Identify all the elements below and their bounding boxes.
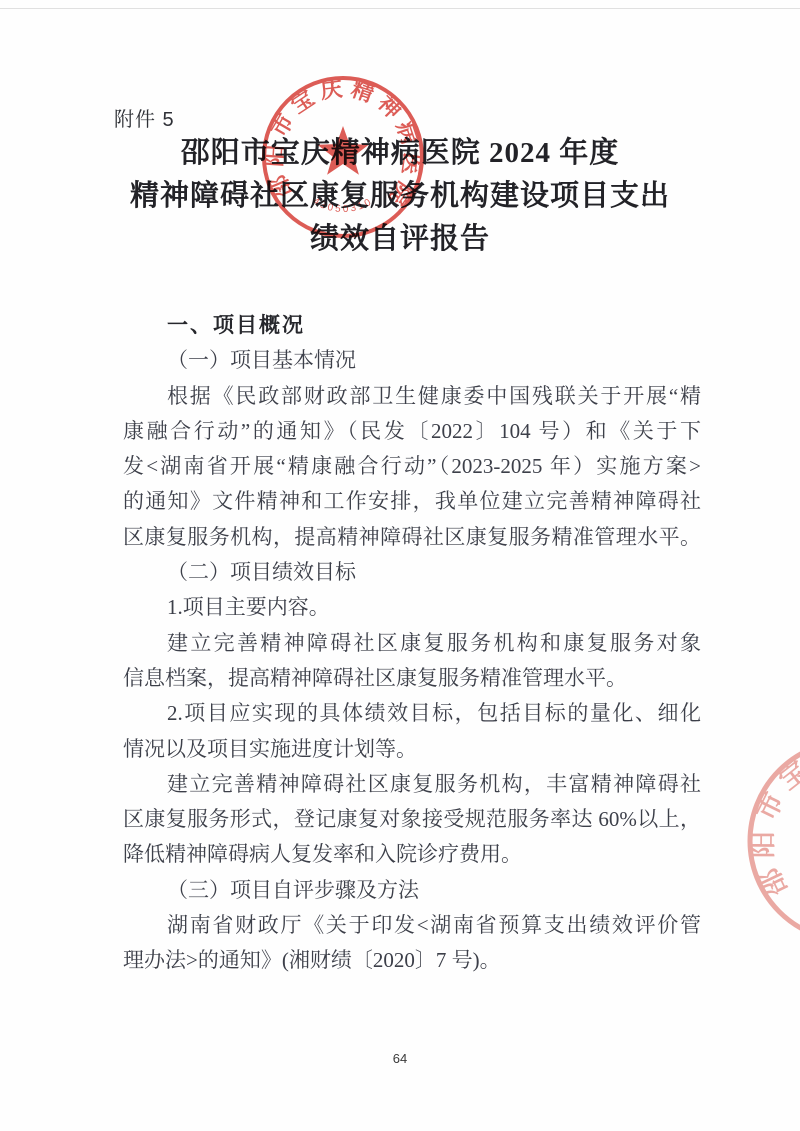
document-body: 一、项目概况（一）项目基本情况根据《民政部财政部卫生健康委中国残联关于开展“精康… [123, 308, 701, 979]
body-line: 发<湖南省开展“精康融合行动”（2023-2025 年）实施方案> [123, 449, 701, 484]
body-line: 区康复服务形式，登记康复对象接受规范服务率达 60%以上， [123, 802, 701, 837]
body-line: 建立完善精神障碍社区康复服务机构，丰富精神障碍社 [123, 767, 701, 802]
body-line: 建立完善精神障碍社区康复服务机构和康复服务对象 [123, 626, 701, 661]
body-line: 降低精神障碍病人复发率和入院诊疗费用。 [123, 837, 701, 872]
body-line: （三）项目自评步骤及方法 [123, 873, 701, 908]
body-line: （二）项目绩效目标 [123, 555, 701, 590]
official-seal-partial: 邵阳市宝庆精神病医院 [735, 726, 800, 956]
body-line: 根据《民政部财政部卫生健康委中国残联关于开展“精 [123, 379, 701, 414]
document-page: 附件 5 邵阳市宝庆精神病医院 2024 年度 精神障碍社区康复服务机构建设项目… [0, 0, 800, 1131]
body-line: 情况以及项目实施进度计划等。 [123, 732, 701, 767]
svg-text:43050310: 43050310 [311, 196, 375, 215]
body-line: 一、项目概况 [123, 308, 701, 343]
star-icon [317, 126, 368, 175]
seal-serial-number: 43050310 [311, 196, 375, 215]
seal-ring-text: 邵阳市宝庆精神病医院 [748, 737, 800, 902]
body-line: 的通知》文件精神和工作安排，我单位建立完善精神障碍社 [123, 484, 701, 519]
body-line: 信息档案，提高精神障碍社区康复服务精准管理水平。 [123, 661, 701, 696]
svg-text:邵阳市宝庆精神病医院: 邵阳市宝庆精神病医院 [748, 737, 800, 902]
body-line: 理办法>的通知》(湘财绩〔2020〕7 号)。 [123, 943, 701, 978]
body-line: 康融合行动”的通知》（民发〔2022〕104 号）和《关于下 [123, 414, 701, 449]
body-line: 湖南省财政厅《关于印发<湖南省预算支出绩效评价管 [123, 908, 701, 943]
body-line: 2.项目应实现的具体绩效目标，包括目标的量化、细化 [123, 696, 701, 731]
attachment-label: 附件 5 [114, 103, 175, 132]
scan-artifact-line [0, 8, 800, 9]
page-number: 64 [0, 1051, 800, 1066]
body-line: 区康复服务机构，提高精神障碍社区康复服务精准管理水平。 [123, 520, 701, 555]
body-line: 1.项目主要内容。 [123, 590, 701, 625]
official-seal: 邵阳市宝庆精神病医院 43050310 [258, 72, 428, 242]
body-line: （一）项目基本情况 [123, 343, 701, 378]
